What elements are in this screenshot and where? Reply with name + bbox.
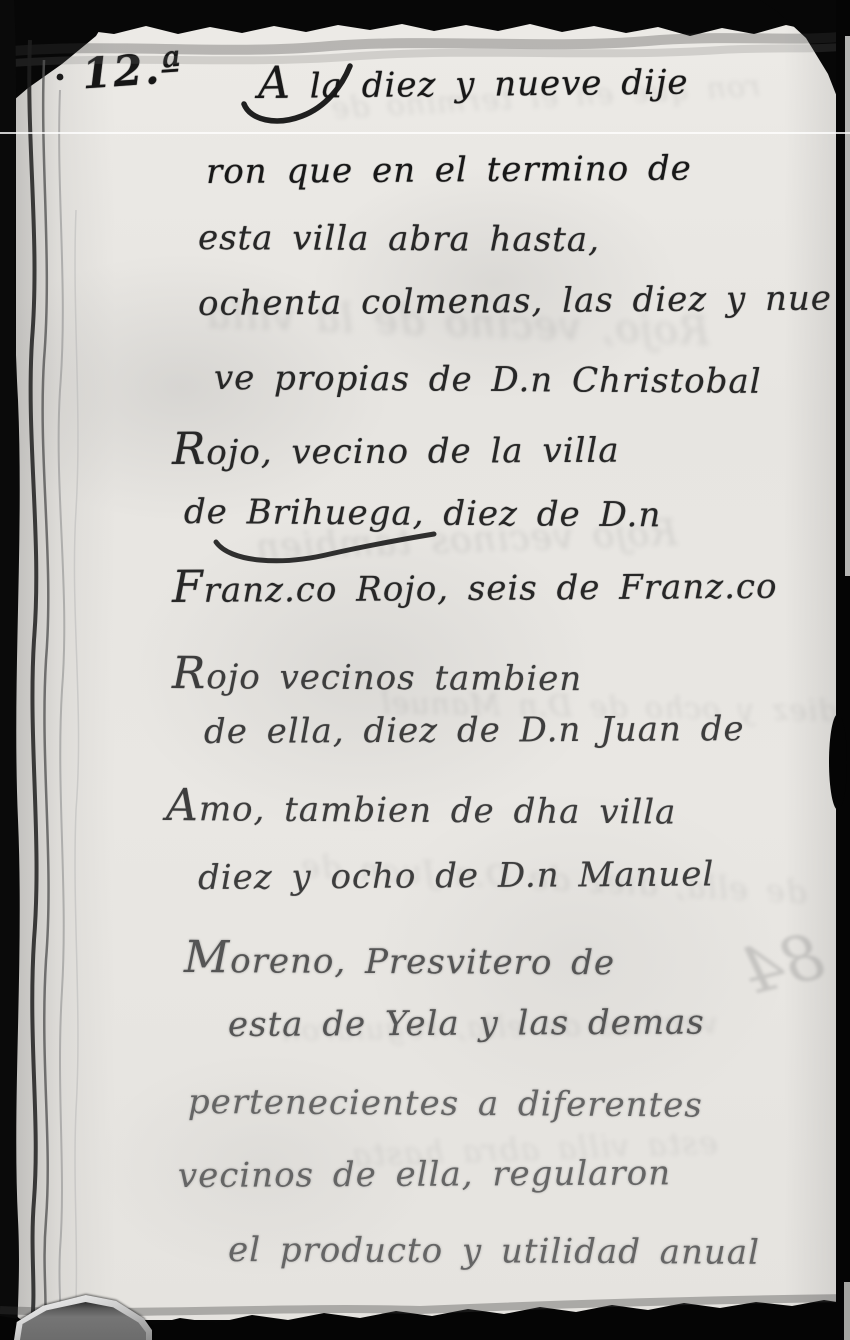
manuscript-line: pertenecientes a diferentes — [188, 1082, 703, 1126]
manuscript-line: ochenta colmenas, las diez y nue — [198, 278, 832, 324]
manuscript-line: Rojo, vecino de la villa — [172, 422, 620, 475]
manuscript-line: Franz.co Rojo, seis de Franz.co — [172, 558, 778, 613]
manuscript-line: esta villa abra hasta, — [198, 218, 600, 260]
ink-blot-mark — [18, 62, 74, 88]
manuscript-scan: ron que en el termino de Rojo, vecino de… — [0, 0, 850, 1340]
manuscript-line: de ella, diez de D.n Juan de — [204, 709, 745, 752]
scratch-line — [0, 132, 850, 134]
manuscript-line: Amo, tambien de dha villa — [166, 780, 677, 835]
next-page-sliver — [845, 36, 850, 576]
manuscript-line: diez y ocho de D.n Manuel — [198, 854, 715, 898]
manuscript-line: esta de Yela y las demas — [228, 1003, 705, 1045]
manuscript-line: de Brihuega, diez de D.n — [184, 492, 662, 535]
manuscript-line: A la diez y nueve dije — [258, 53, 689, 109]
manuscript-line: vecinos de ella, regularon — [178, 1153, 671, 1196]
manuscript-line: ron que en el termino de — [206, 149, 692, 192]
next-page-sliver — [844, 1282, 850, 1340]
octagon-marker-face — [20, 1302, 146, 1340]
folio-number: 12.ª — [80, 43, 185, 99]
manuscript-line: ve propias de D.n Christobal — [214, 358, 762, 402]
manuscript-line: Moreno, Presvitero de — [184, 932, 615, 985]
manuscript-line: el producto y utilidad anual — [228, 1230, 760, 1273]
manuscript-line: Rojo vecinos tambien — [172, 648, 583, 701]
octagon-marker — [14, 1295, 152, 1340]
